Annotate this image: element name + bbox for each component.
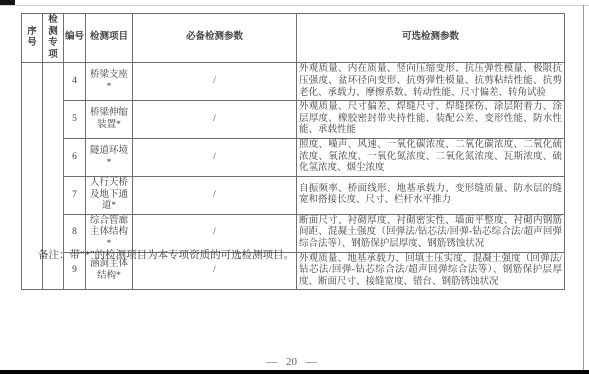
- document-page: { "table": { "headers": { "seq": "序号", "…: [0, 0, 589, 374]
- header-item: 检测项目: [86, 14, 133, 63]
- code-cell: 5: [64, 101, 86, 139]
- code-cell: 8: [64, 214, 86, 252]
- optional-params-cell: 外观质量、内在质量、竖向压缩变形、抗压弹性模量、极限抗压强度、盆环径向变形、抗剪…: [297, 63, 565, 101]
- item-name-cell: 人行天桥及地下通道*: [86, 176, 133, 214]
- scan-top-edge-line: [0, 5, 589, 6]
- header-seq: 序号: [22, 14, 43, 63]
- code-cell: 6: [64, 139, 86, 177]
- code-cell: 4: [64, 63, 86, 101]
- optional-params-cell: 自振频率、桥面线形、地基承载力、变形缝质量、防水层的缝宽和搭接长度、尺寸、栏杆水…: [297, 176, 565, 214]
- required-params-cell: /: [133, 176, 297, 214]
- header-code: 编号: [64, 14, 86, 63]
- optional-params-cell: 照度、噪声、风速、一氧化碳浓度、二氧化碳浓度、二氧化硫浓度、氧浓度、一氧化氮浓度…: [297, 139, 565, 177]
- scan-right-edge-line: [583, 5, 584, 374]
- scan-bottom-bar: [0, 370, 589, 374]
- table-header: 序号 检测专项 编号 检测项目 必备检测参数 可选检测参数: [22, 14, 565, 63]
- table-row: 4桥梁支座*/外观质量、内在质量、竖向压缩变形、抗压弹性模量、极限抗压强度、盆环…: [22, 63, 565, 101]
- required-params-cell: /: [133, 139, 297, 177]
- footnote: 备注：带“*”的检测项目为本专项资质的可选检测项目。: [38, 249, 558, 262]
- header-required-params: 必备检测参数: [133, 14, 297, 63]
- table-row: 6隧道环境*/照度、噪声、风速、一氧化碳浓度、二氧化碳浓度、二氧化硫浓度、氧浓度…: [22, 139, 565, 177]
- item-name-cell: 桥梁伸缩装置*: [86, 101, 133, 139]
- item-name-cell: 隧道环境*: [86, 139, 133, 177]
- header-optional-params: 可选检测参数: [297, 14, 565, 63]
- optional-params-cell: 断面尺寸、衬砌厚度、衬砌密实性、墙面平整度、衬砌内钢筋间距、混凝土强度（回弹法/…: [297, 214, 565, 252]
- table-row: 8综合管廊主体结构*/断面尺寸、衬砌厚度、衬砌密实性、墙面平整度、衬砌内钢筋间距…: [22, 214, 565, 252]
- item-name-cell: 综合管廊主体结构*: [86, 214, 133, 252]
- required-params-cell: /: [133, 214, 297, 252]
- optional-params-cell: 外观质量、尺寸偏差、焊缝尺寸、焊缝探伤、涂层附着力、涂层厚度、橡胶密封带夹持性能…: [297, 101, 565, 139]
- header-special: 检测专项: [43, 14, 64, 63]
- required-params-cell: /: [133, 101, 297, 139]
- header-row: 序号 检测专项 编号 检测项目 必备检测参数 可选检测参数: [22, 14, 565, 63]
- required-params-cell: /: [133, 63, 297, 101]
- page-number: — 20 —: [0, 356, 583, 368]
- code-cell: 7: [64, 176, 86, 214]
- table-row: 5桥梁伸缩装置*/外观质量、尺寸偏差、焊缝尺寸、焊缝探伤、涂层附着力、涂层厚度、…: [22, 101, 565, 139]
- item-name-cell: 桥梁支座*: [86, 63, 133, 101]
- table-row: 7人行天桥及地下通道*/自振频率、桥面线形、地基承载力、变形缝质量、防水层的缝宽…: [22, 176, 565, 214]
